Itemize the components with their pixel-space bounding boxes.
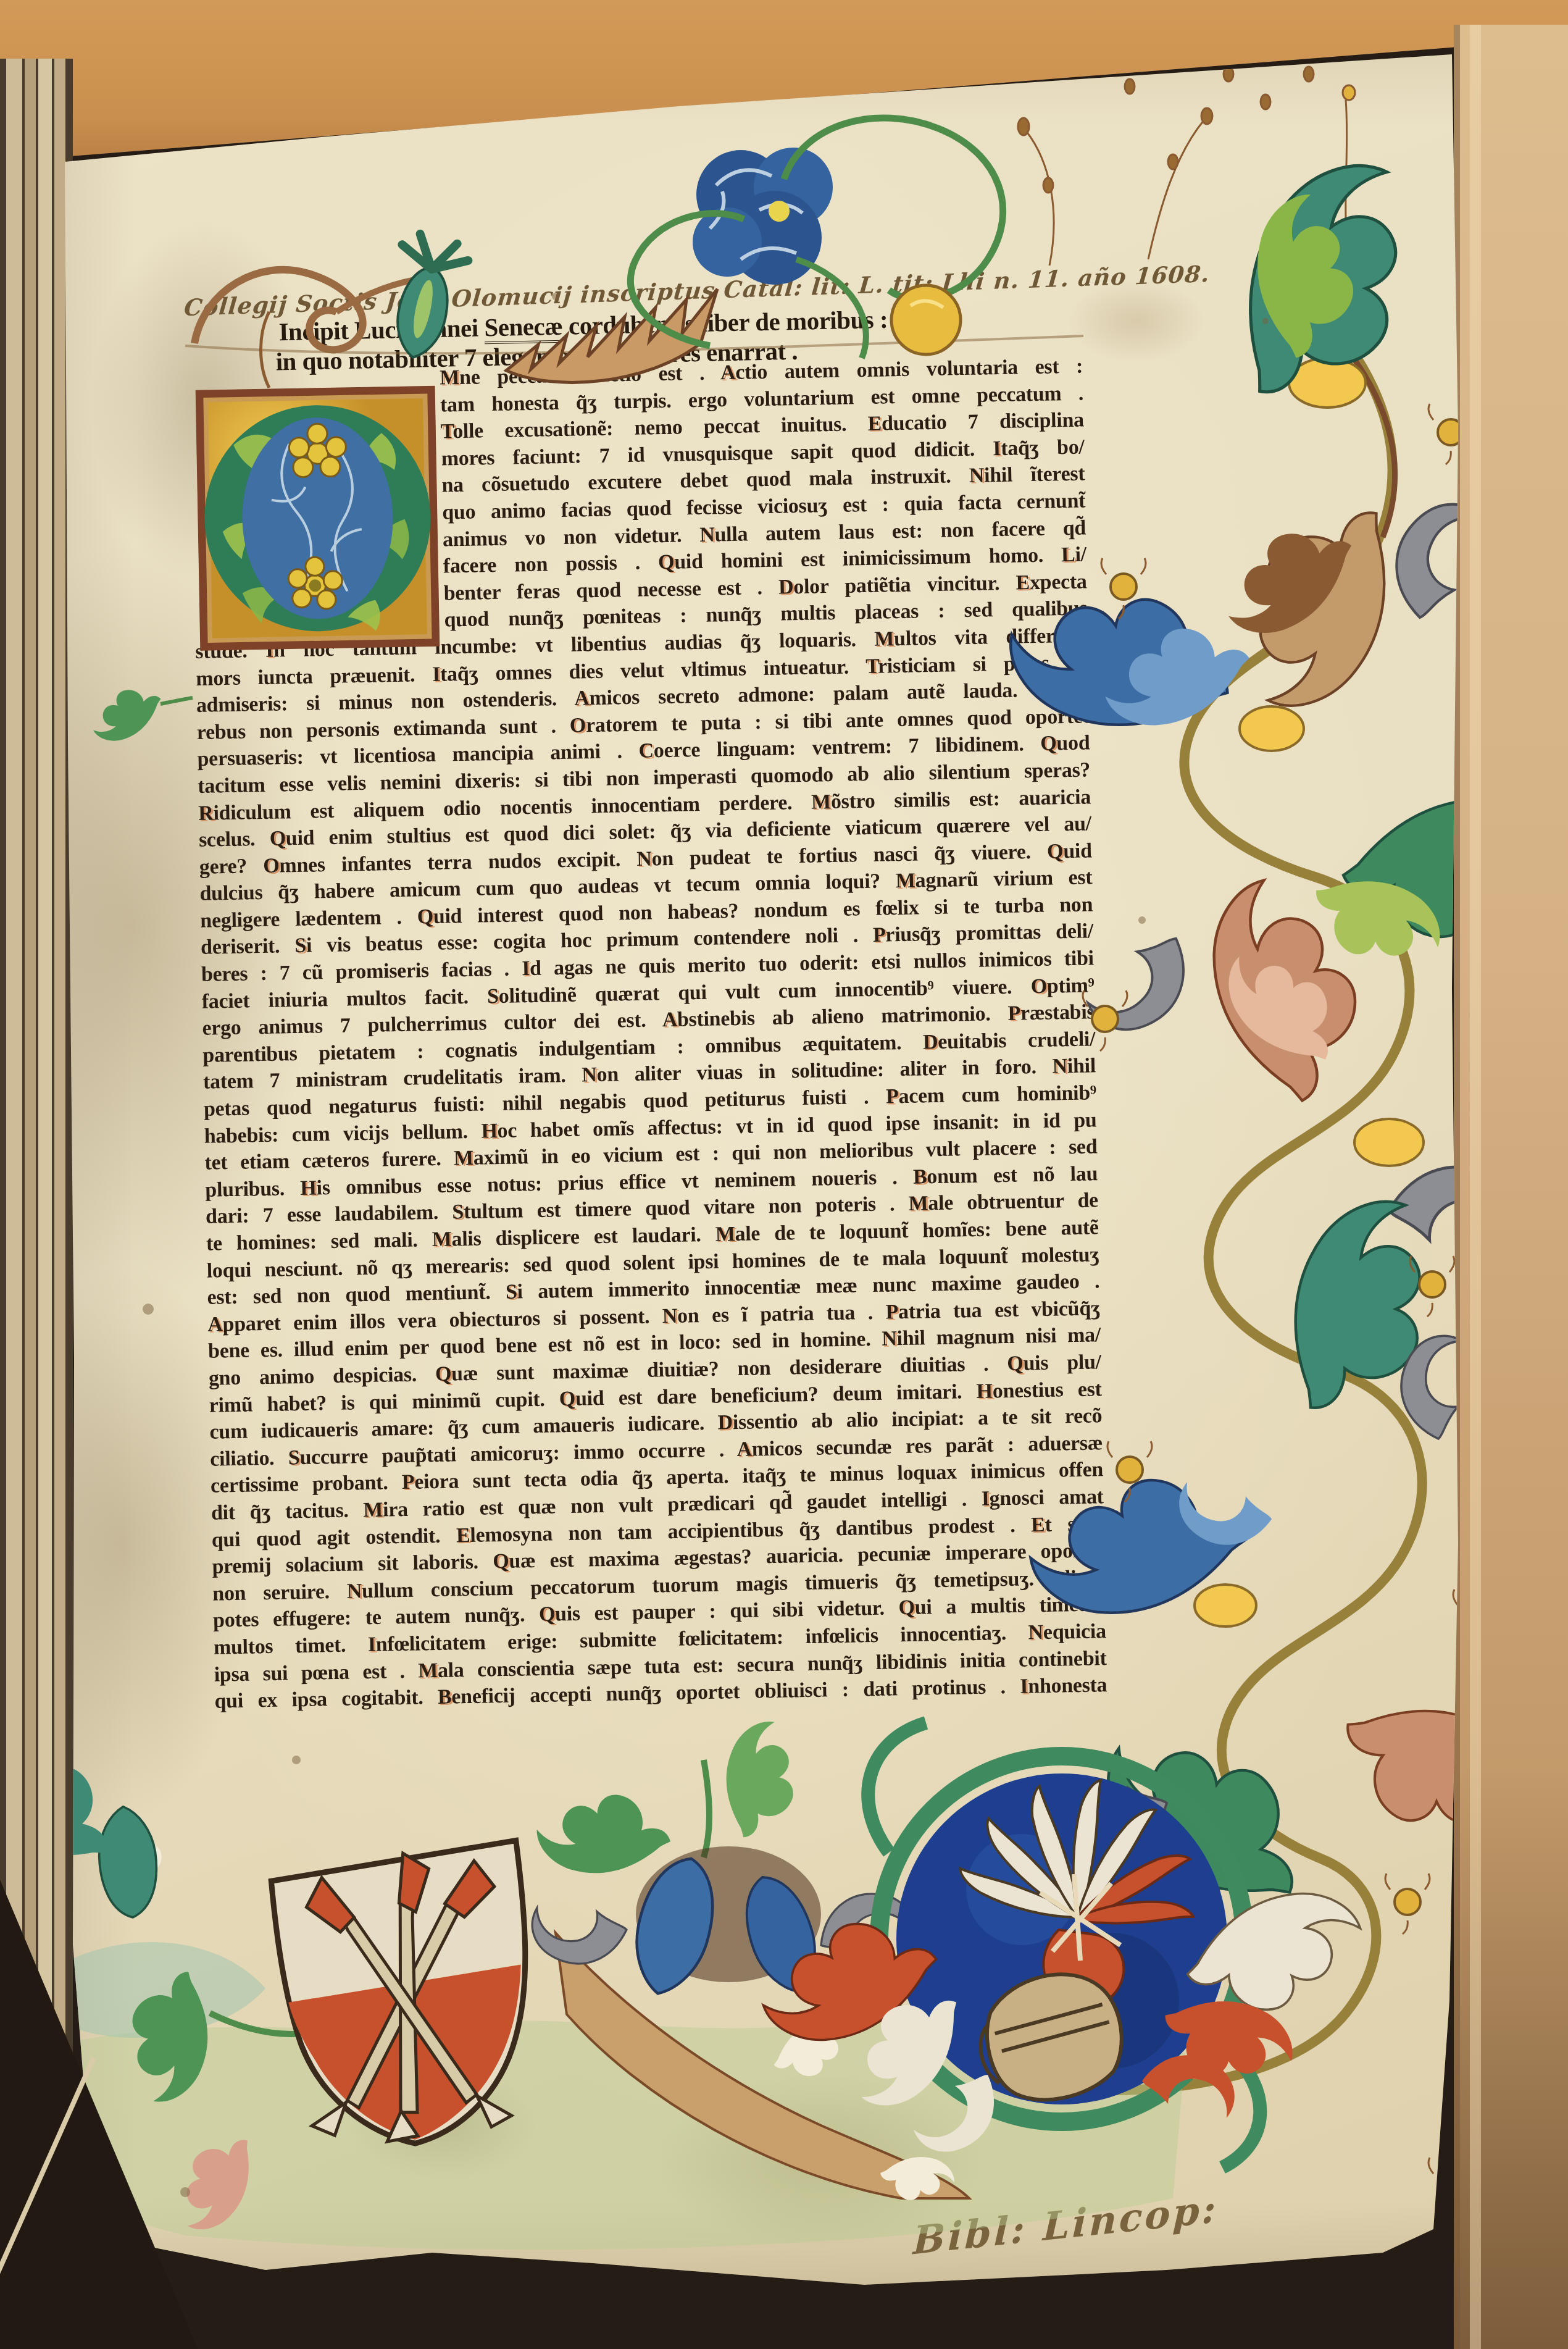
pen-sprigs [1018, 67, 1355, 266]
book-fore-edge-pages [1454, 25, 1568, 2349]
paragraph-full-width: stude. In hoc tantum incumbe: vt libenti… [195, 622, 1107, 1715]
book-gutter-page-edges [0, 59, 73, 2220]
manuscript-page: Collegij Soctis Jesu Olomucij inscriptus… [0, 0, 1568, 2349]
photo-backdrop: Collegij Soctis Jesu Olomucij inscriptus… [0, 0, 1568, 2349]
blue-bell-flowers [522, 1713, 913, 2002]
library-stamp-inscription: Bibl: Lincop: [912, 2187, 1219, 2263]
drop-cap-initial [196, 386, 440, 651]
text-block: Mne peccatum actio est . Actio autem omn… [190, 353, 1107, 1715]
left-margin-sprout [92, 685, 193, 748]
paragraph-beside-initial: Mne peccatum actio est . Actio autem omn… [440, 353, 1088, 634]
plume-crest [954, 1780, 1193, 2006]
underlined-author-name: Senecæ [484, 312, 563, 345]
bottom-foliage [0, 1713, 1185, 2250]
right-crest-medallion [757, 1723, 1366, 2167]
tilted-helmet [968, 1963, 1133, 2113]
illuminated-letter-O-with-flowers [196, 386, 440, 651]
left-coat-of-arms [270, 1840, 539, 2152]
blue-acanthus-knot [693, 148, 833, 285]
red-white-mantling [757, 1862, 1366, 2166]
